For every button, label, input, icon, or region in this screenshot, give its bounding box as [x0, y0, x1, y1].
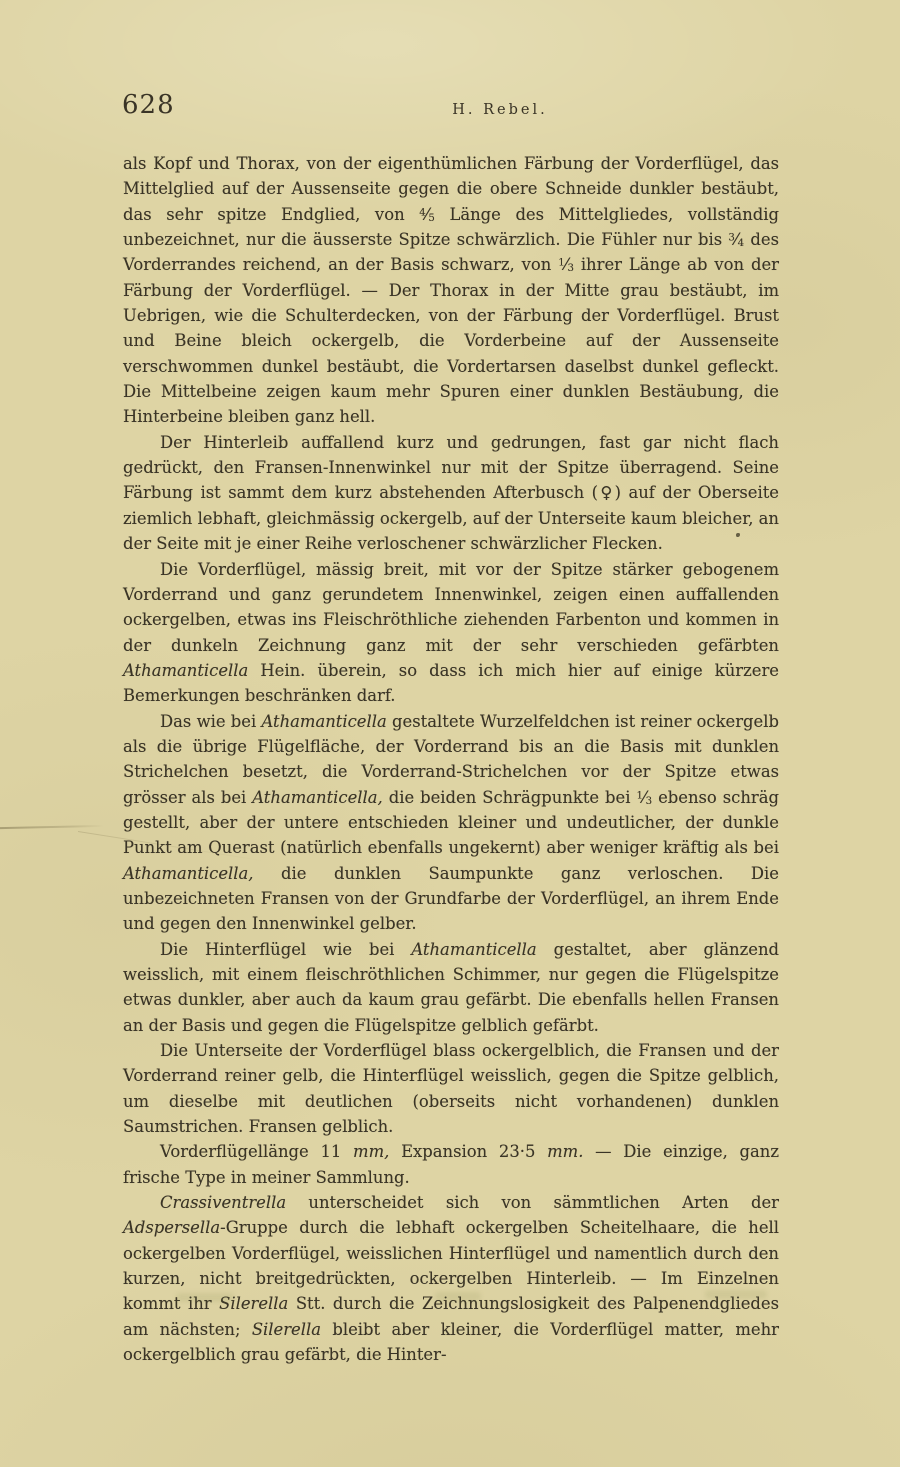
paragraph: Der Hinterleib auffallend kurz und gedru… — [123, 430, 779, 557]
running-head: H. Rebel. — [452, 102, 547, 118]
paragraph: Crassiventrella unterscheidet sich von s… — [123, 1190, 779, 1367]
bleed-through-mark — [435, 1292, 481, 1301]
fraction: 1⁄3 — [636, 788, 652, 807]
italic-term: mm. — [547, 1142, 583, 1161]
paragraph: Die Vorderflügel, mässig breit, mit vor … — [123, 557, 779, 709]
italic-term: Athamanticella — [123, 661, 248, 680]
paragraph: Die Hinterflügel wie bei Athamanticella … — [123, 937, 779, 1038]
italic-term: Athamanticella — [261, 712, 386, 731]
paper-crease — [0, 825, 104, 829]
italic-term: Silerella — [252, 1320, 321, 1339]
paragraph: als Kopf und Thorax, von der eigenthümli… — [123, 151, 779, 430]
fraction: 1⁄3 — [558, 255, 574, 274]
italic-term: Crassiventrella — [160, 1193, 286, 1212]
scanned-book-page: 628 H. Rebel. als Kopf und Thorax, von d… — [0, 0, 900, 1467]
fraction: 4⁄5 — [419, 205, 435, 224]
italic-term: Athamanticella, — [252, 788, 383, 807]
bleed-through-mark — [705, 1290, 767, 1299]
fraction: 3⁄4 — [728, 230, 744, 249]
italic-term: Athamanticella, — [123, 864, 254, 883]
page-number: 628 — [122, 90, 175, 120]
bleed-through-mark — [176, 1293, 234, 1302]
paragraph: Das wie bei Athamanticella gestaltete Wu… — [123, 709, 779, 937]
italic-term: Athamanticella — [411, 940, 536, 959]
italic-term: mm, — [353, 1142, 389, 1161]
paragraph: Vorderflügellänge 11 mm, Expansion 23·5 … — [123, 1139, 779, 1190]
body-text: als Kopf und Thorax, von der eigenthümli… — [123, 151, 779, 1368]
italic-term: Adspersella- — [123, 1218, 226, 1237]
paragraph: Die Unterseite der Vorderflügel blass oc… — [123, 1038, 779, 1139]
